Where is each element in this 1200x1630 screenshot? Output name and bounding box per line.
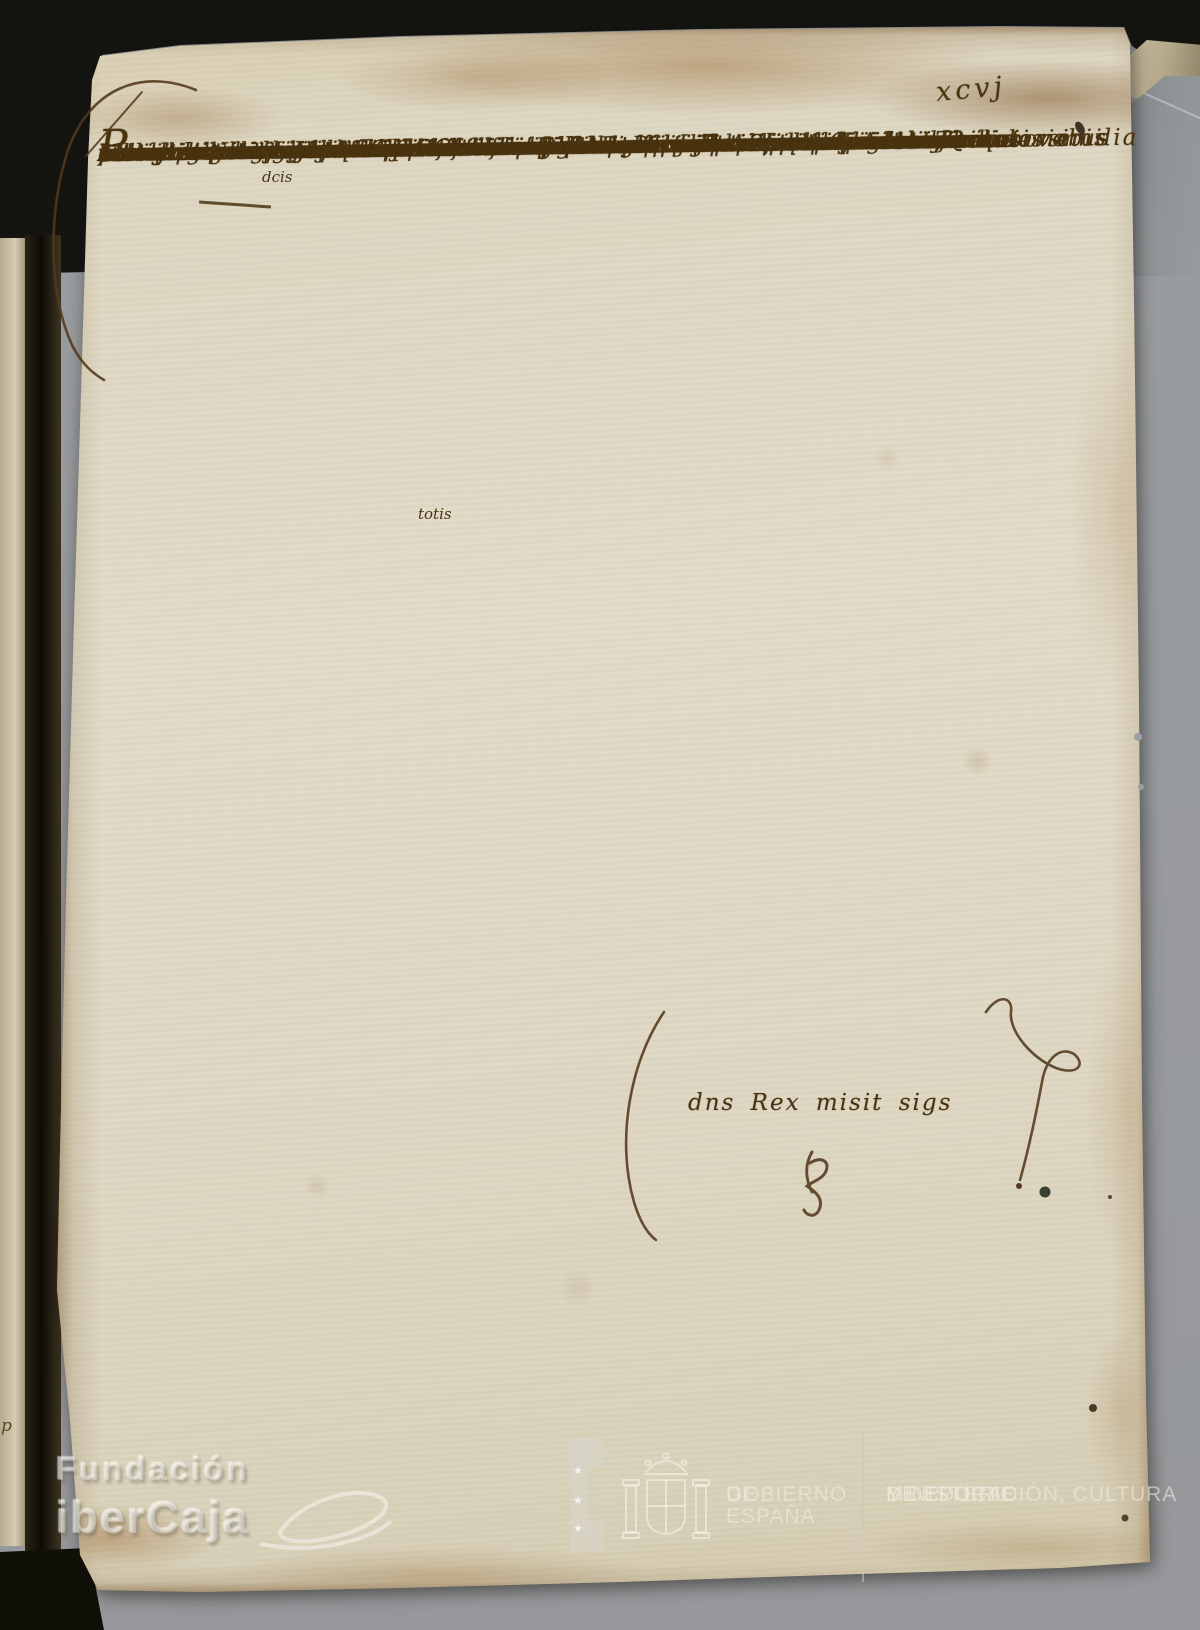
page-shadow-wrap: [0, 0, 1200, 1630]
manuscript-page: [57, 26, 1150, 1592]
star-icon: ★: [573, 1522, 583, 1535]
interlinear-note: totis: [418, 505, 452, 523]
watermark-divider-line: [862, 1430, 864, 1582]
ministerio-line3: Y DEPORTE: [886, 1484, 1016, 1506]
margin-mark: p: [1, 1416, 12, 1436]
fundacion-wordmark-line2: iberCaja: [56, 1492, 250, 1544]
chancery-signature-line: dns Rex misit sigs: [688, 1090, 952, 1116]
star-icon: ★: [573, 1494, 583, 1507]
interlinear-note: dcis: [262, 168, 293, 186]
fundacion-wordmark-line1: Fundación: [56, 1450, 250, 1488]
gobierno-line2: DE ESPAÑA: [726, 1484, 816, 1528]
spain-coat-of-arms-icon: [618, 1448, 714, 1556]
manuscript-photo: xcvj P rex dilecto nro Galcerando de Ang…: [0, 0, 1200, 1630]
ibercaja-swoosh-icon: [258, 1478, 403, 1560]
folio-number: xcvj: [935, 71, 1007, 108]
star-icon: ★: [573, 1464, 583, 1477]
